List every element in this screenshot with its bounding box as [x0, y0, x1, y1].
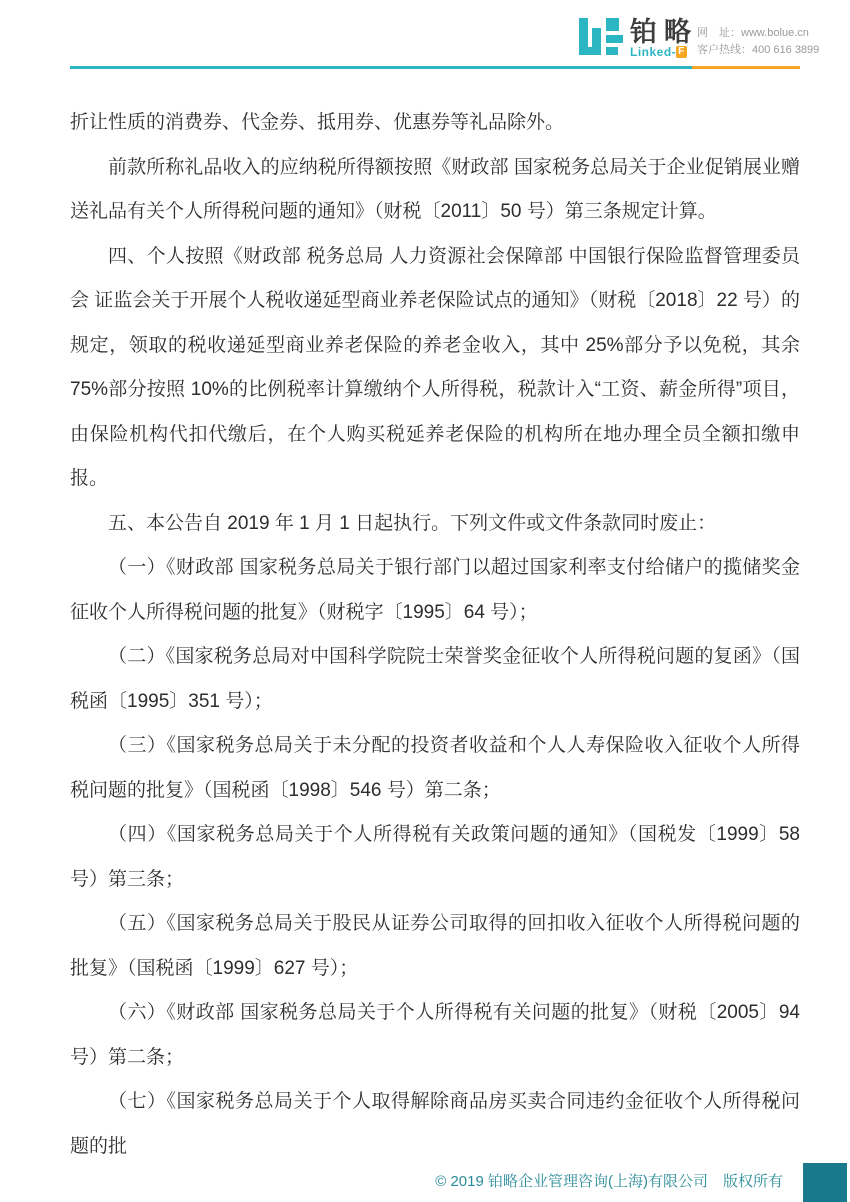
brand-badge: F [676, 46, 687, 58]
brand-logo-text: 铂略 Linked-F [630, 18, 698, 59]
document-body: 折让性质的消费券、代金券、抵用券、优惠券等礼品除外。前款所称礼品收入的应纳税所得… [70, 101, 800, 1169]
body-paragraph: （六）《财政部 国家税务总局关于个人所得税有关问题的批复》（财税〔2005〕94… [70, 991, 800, 1080]
page-header: 铂略 Linked-F 网 址：www.bolue.cn 客户热线：400 61… [0, 0, 850, 70]
footer-corner-square [803, 1163, 847, 1202]
body-paragraph: （二）《国家税务总局对中国科学院院士荣誉奖金征收个人所得税问题的复函》（国税函〔… [70, 635, 800, 724]
body-paragraph: （七）《国家税务总局关于个人取得解除商品房买卖合同违约金征收个人所得税问题的批 [70, 1080, 800, 1169]
page-number: 7 [768, 1096, 776, 1112]
footer-copyright: © 2019 铂略企业管理咨询(上海)有限公司 版权所有 [435, 1170, 783, 1191]
brand-name-cn: 铂略 [630, 18, 698, 46]
body-paragraph: （三）《国家税务总局关于未分配的投资者收益和个人人寿保险收入征收个人所得税问题的… [70, 724, 800, 813]
contact-website-label: 网 址： [697, 27, 741, 39]
body-paragraph: （五）《国家税务总局关于股民从证券公司取得的回扣收入征收个人所得税问题的批复》（… [70, 902, 800, 991]
header-divider-orange-segment [692, 66, 800, 69]
contact-hotline-value: 400 616 3899 [752, 44, 819, 56]
header-divider [70, 66, 800, 69]
brand-logo: 铂略 Linked-F [579, 18, 698, 59]
brand-logo-icon [579, 18, 623, 58]
body-paragraph: 折让性质的消费券、代金券、抵用券、优惠券等礼品除外。 [70, 101, 800, 146]
contact-hotline: 客户热线：400 616 3899 [697, 42, 819, 59]
header-contact: 网 址：www.bolue.cn 客户热线：400 616 3899 [697, 25, 819, 59]
document-page: 铂略 Linked-F 网 址：www.bolue.cn 客户热线：400 61… [0, 0, 850, 1202]
body-paragraph: （四）《国家税务总局关于个人所得税有关政策问题的通知》（国税发〔1999〕58 … [70, 813, 800, 902]
brand-name-en-text: Linked- [630, 45, 676, 59]
contact-website-value: www.bolue.cn [741, 27, 809, 39]
body-paragraph: 四、个人按照《财政部 税务总局 人力资源社会保障部 中国银行保险监督管理委员会 … [70, 235, 800, 502]
header-divider-teal-segment [70, 66, 692, 69]
contact-hotline-label: 客户热线： [697, 44, 752, 56]
brand-name-en: Linked-F [630, 46, 698, 59]
body-paragraph: 五、本公告自 2019 年 1 月 1 日起执行。下列文件或文件条款同时废止： [70, 502, 800, 547]
body-paragraph: （一）《财政部 国家税务总局关于银行部门以超过国家利率支付给储户的揽储奖金征收个… [70, 546, 800, 635]
body-paragraph: 前款所称礼品收入的应纳税所得额按照《财政部 国家税务总局关于企业促销展业赠送礼品… [70, 146, 800, 235]
contact-website: 网 址：www.bolue.cn [697, 25, 819, 42]
